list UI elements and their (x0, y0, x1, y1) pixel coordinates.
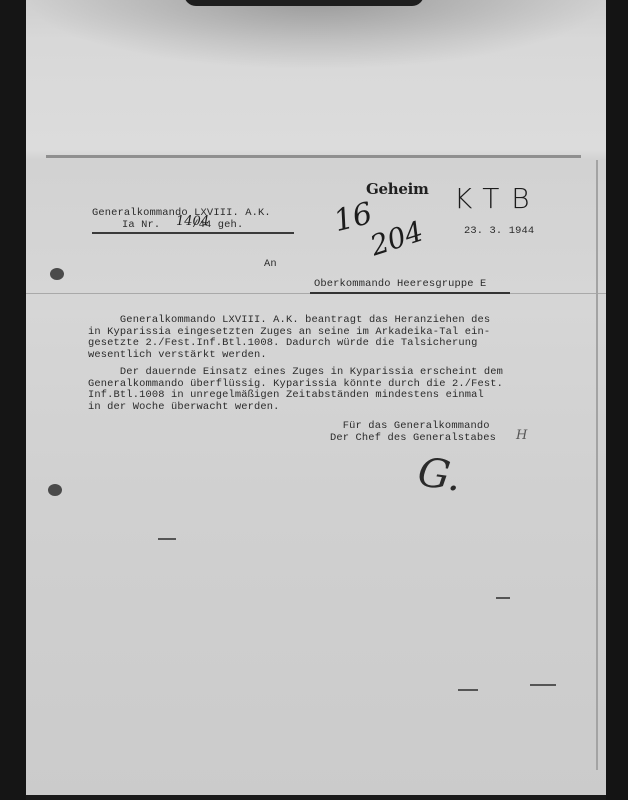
top-shadow (26, 0, 606, 70)
signoff-block: Für das GeneralkommandoDer Chef des Gene… (330, 421, 496, 444)
fold-line (46, 155, 581, 158)
paragraph-line: wesentlich verstärkt werden. (88, 350, 490, 362)
speck (496, 597, 510, 599)
sender-underline (92, 232, 294, 234)
speck (458, 689, 478, 691)
film-border-left (0, 0, 26, 800)
document-page: Generalkommando LXVIII. A.K. Ia Nr. 1404… (26, 0, 606, 795)
signoff-line: Der Chef des Generalstabes (330, 433, 496, 445)
paragraph-1: Generalkommando LXVIII. A.K. beantragt d… (88, 315, 490, 361)
handwritten-initials: H (516, 428, 527, 443)
addressee: Oberkommando Heeresgruppe E (314, 279, 486, 291)
reference-prefix: Ia Nr. (122, 219, 167, 231)
handwritten-reference-number: 1404 (176, 214, 209, 229)
classification-stamp: Geheim (366, 180, 429, 198)
document-date: 23. 3. 1944 (464, 226, 534, 238)
speck (530, 684, 556, 686)
paragraph-2: Der dauernde Einsatz eines Zuges in Kypa… (88, 367, 503, 413)
speck (158, 538, 176, 540)
paragraph-line: in der Woche überwacht werden. (88, 402, 503, 414)
handwritten-ktb-mark: KTB (454, 182, 542, 215)
handwritten-number: 204 (366, 215, 427, 263)
film-border-right (606, 0, 628, 800)
addressee-label: An (264, 259, 277, 271)
punch-hole (50, 268, 64, 280)
paragraph-line: Generalkommando LXVIII. A.K. beantragt d… (88, 315, 490, 327)
addressee-underline (310, 292, 510, 294)
signature: G. (415, 449, 464, 501)
signoff-line: Für das Generalkommando (330, 421, 496, 433)
punch-hole (48, 484, 62, 496)
paragraph-line: Der dauernde Einsatz eines Zuges in Kypa… (88, 367, 503, 379)
margin-line (596, 160, 598, 770)
binder-clip (184, 0, 424, 6)
